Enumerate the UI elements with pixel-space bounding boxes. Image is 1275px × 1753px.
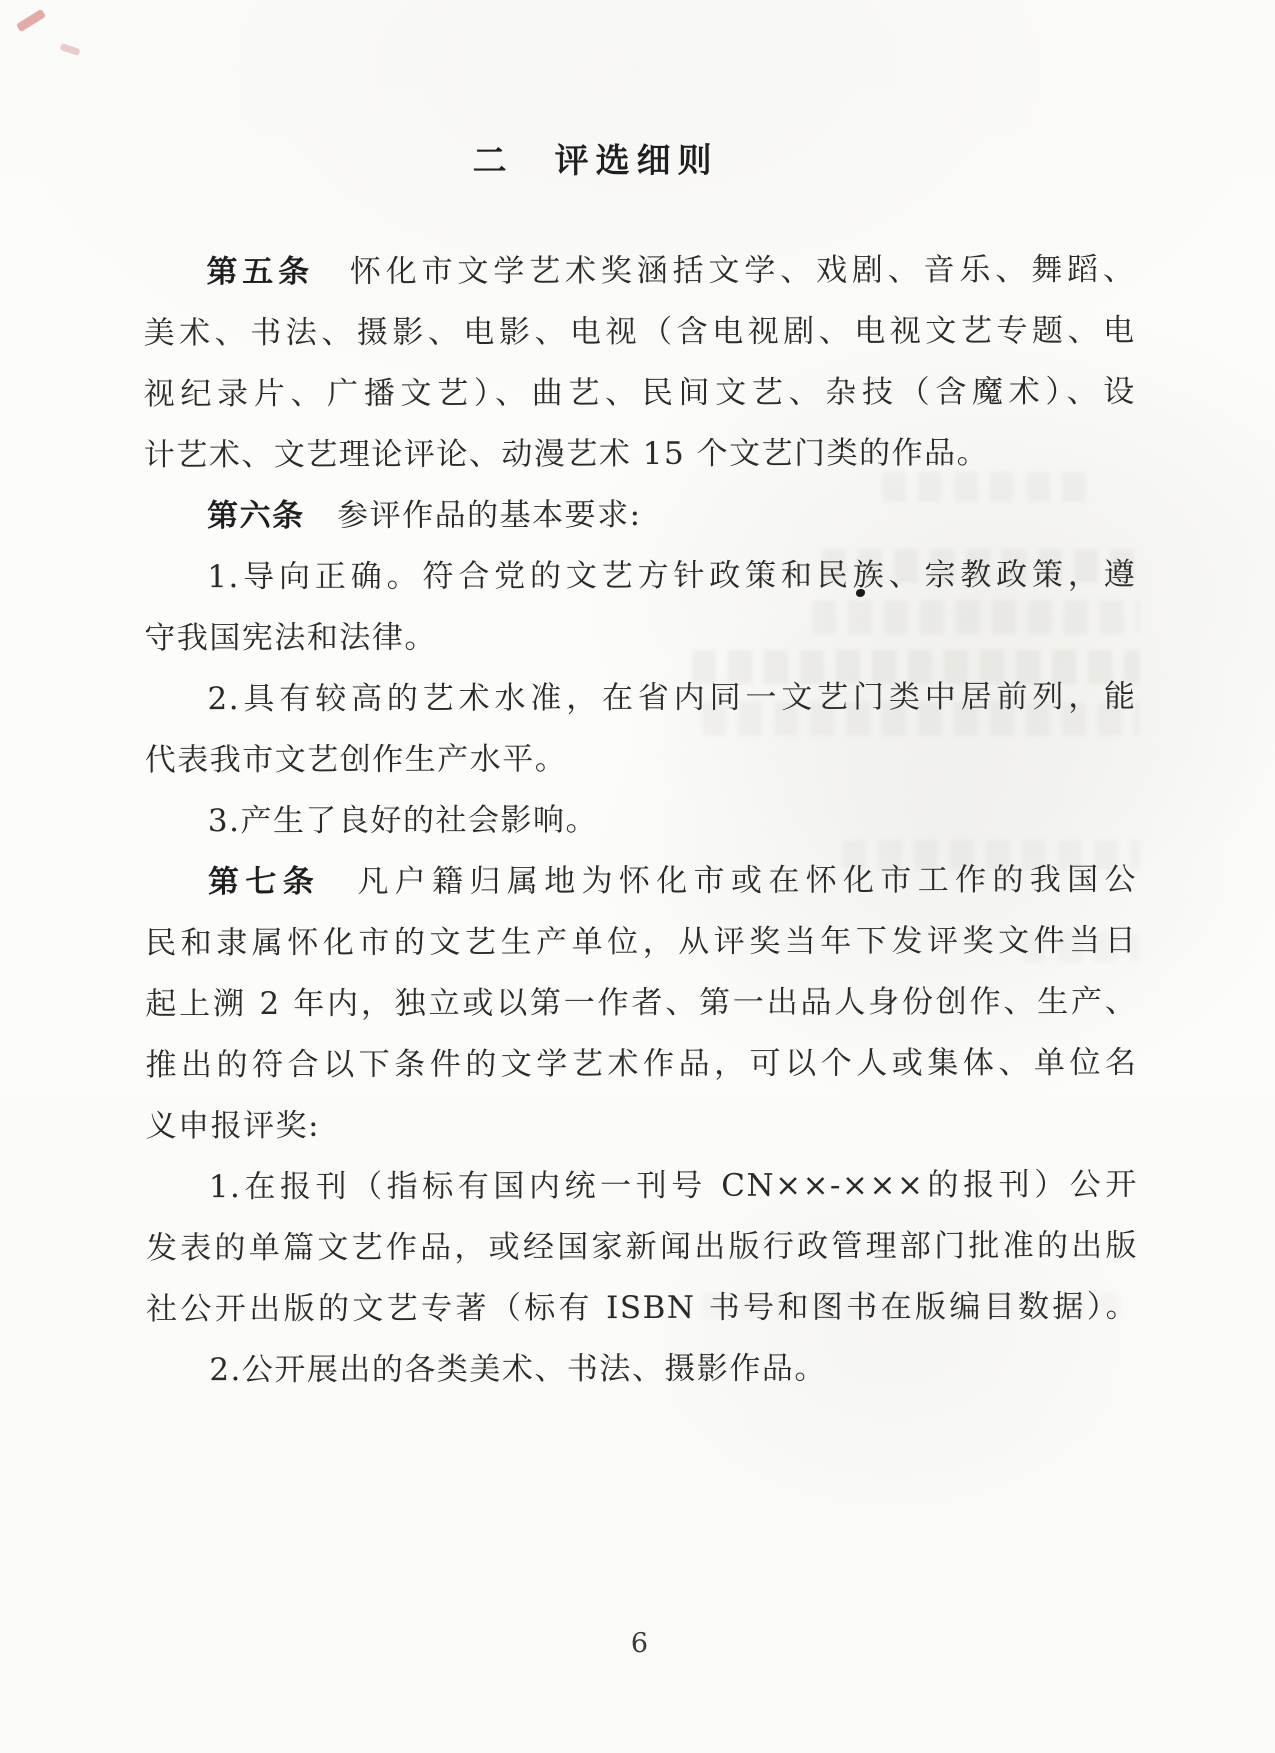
text-line: 美术、书法、摄影、电影、电视（含电视剧、电视文艺专题、电 [143,301,1135,365]
text-segment: 参评作品的基本要求: [305,497,642,534]
text-line: 2.公开展出的各类美术、书法、摄影作品。 [146,1338,1138,1402]
article-number-label: 第七条 [208,864,320,900]
article-number-label: 第六条 [207,498,305,534]
scanned-document-page: 二 评选细则 第五条 怀化市文学艺术奖涵括文学、戏剧、音乐、舞蹈、美术、书法、摄… [0,0,1275,1753]
text-line: 3.产生了良好的社会影响。 [145,789,1137,853]
text-line: 第五条 怀化市文学艺术奖涵括文学、戏剧、音乐、舞蹈、 [143,240,1135,304]
text-segment: 3.产生了良好的社会影响。 [208,802,598,839]
text-segment: 视纪录片、广播文艺）、曲艺、民间文艺、杂技（含魔术）、设 [144,374,1136,413]
document-content: 二 评选细则 第五条 怀化市文学艺术奖涵括文学、戏剧、音乐、舞蹈、美术、书法、摄… [0,0,1275,1753]
text-segment: 2.具有较高的艺术水准，在省内同一文艺门类中居前列，能 [207,679,1136,717]
page-title: 二 评选细则 [0,132,1193,184]
text-line: 视纪录片、广播文艺）、曲艺、民间文艺、杂技（含魔术）、设 [144,362,1136,426]
text-line: 第七条 凡户籍归属地为怀化市或在怀化市工作的我国公 [145,850,1137,914]
article-number-label: 第五条 [206,254,314,290]
text-segment: 社公开出版的文艺专著（标有 ISBN 书号和图书在版编目数据）。 [146,1289,1138,1328]
text-line: 守我国宪法和法律。 [144,606,1136,670]
text-line: 民和隶属怀化市的文艺生产单位，从评奖当年下发评奖文件当日 [145,911,1137,975]
text-line: 1.在报刊（指标有国内统一刊号 CN××-×××的报刊）公开 [146,1155,1138,1219]
document-body: 第五条 怀化市文学艺术奖涵括文学、戏剧、音乐、舞蹈、美术、书法、摄影、电影、电视… [143,240,1138,1402]
text-segment: 推出的符合以下条件的文学艺术作品，可以个人或集体、单位名 [145,1045,1137,1084]
text-line: 代表我市文艺创作生产水平。 [145,728,1137,792]
text-segment: 起上溯 2 年内，独立或以第一作者、第一出品人身份创作、生产、 [145,984,1137,1023]
text-segment: 1.导向正确。符合党的文艺方针政策和民族、宗教政策，遵 [207,557,1136,595]
text-line: 计艺术、文艺理论评论、动漫艺术 15 个文艺门类的作品。 [144,423,1136,487]
text-segment: 怀化市文学艺术奖涵括文学、戏剧、音乐、舞蹈、 [314,252,1136,290]
text-line: 发表的单篇文艺作品，或经国家新闻出版行政管理部门批准的出版 [146,1216,1138,1280]
text-line: 2.具有较高的艺术水准，在省内同一文艺门类中居前列，能 [144,667,1136,731]
text-segment: 义申报评奖: [146,1108,321,1144]
text-segment: 计艺术、文艺理论评论、动漫艺术 15 个文艺门类的作品。 [144,435,989,473]
text-segment: 凡户籍归属地为怀化市或在怀化市工作的我国公 [320,862,1137,900]
page-number: 6 [2,1626,1275,1660]
text-line: 第六条 参评作品的基本要求: [144,484,1136,548]
text-line: 义申报评奖: [146,1094,1138,1158]
text-segment: 1.在报刊（指标有国内统一刊号 CN××-×××的报刊）公开 [209,1167,1138,1205]
text-segment: 代表我市文艺创作生产水平。 [145,741,568,778]
text-segment: 发表的单篇文艺作品，或经国家新闻出版行政管理部门批准的出版 [146,1228,1138,1267]
text-line: 社公开出版的文艺专著（标有 ISBN 书号和图书在版编目数据）。 [146,1277,1138,1341]
text-segment: 2.公开展出的各类美术、书法、摄影作品。 [209,1351,827,1389]
text-line: 起上溯 2 年内，独立或以第一作者、第一出品人身份创作、生产、 [145,972,1137,1036]
text-segment: 守我国宪法和法律。 [144,620,437,657]
text-segment: 美术、书法、摄影、电影、电视（含电视剧、电视文艺专题、电 [144,313,1136,352]
text-line: 推出的符合以下条件的文学艺术作品，可以个人或集体、单位名 [145,1033,1137,1097]
text-line: 1.导向正确。符合党的文艺方针政策和民族、宗教政策，遵 [144,545,1136,609]
text-segment: 民和隶属怀化市的文艺生产单位，从评奖当年下发评奖文件当日 [145,923,1137,962]
